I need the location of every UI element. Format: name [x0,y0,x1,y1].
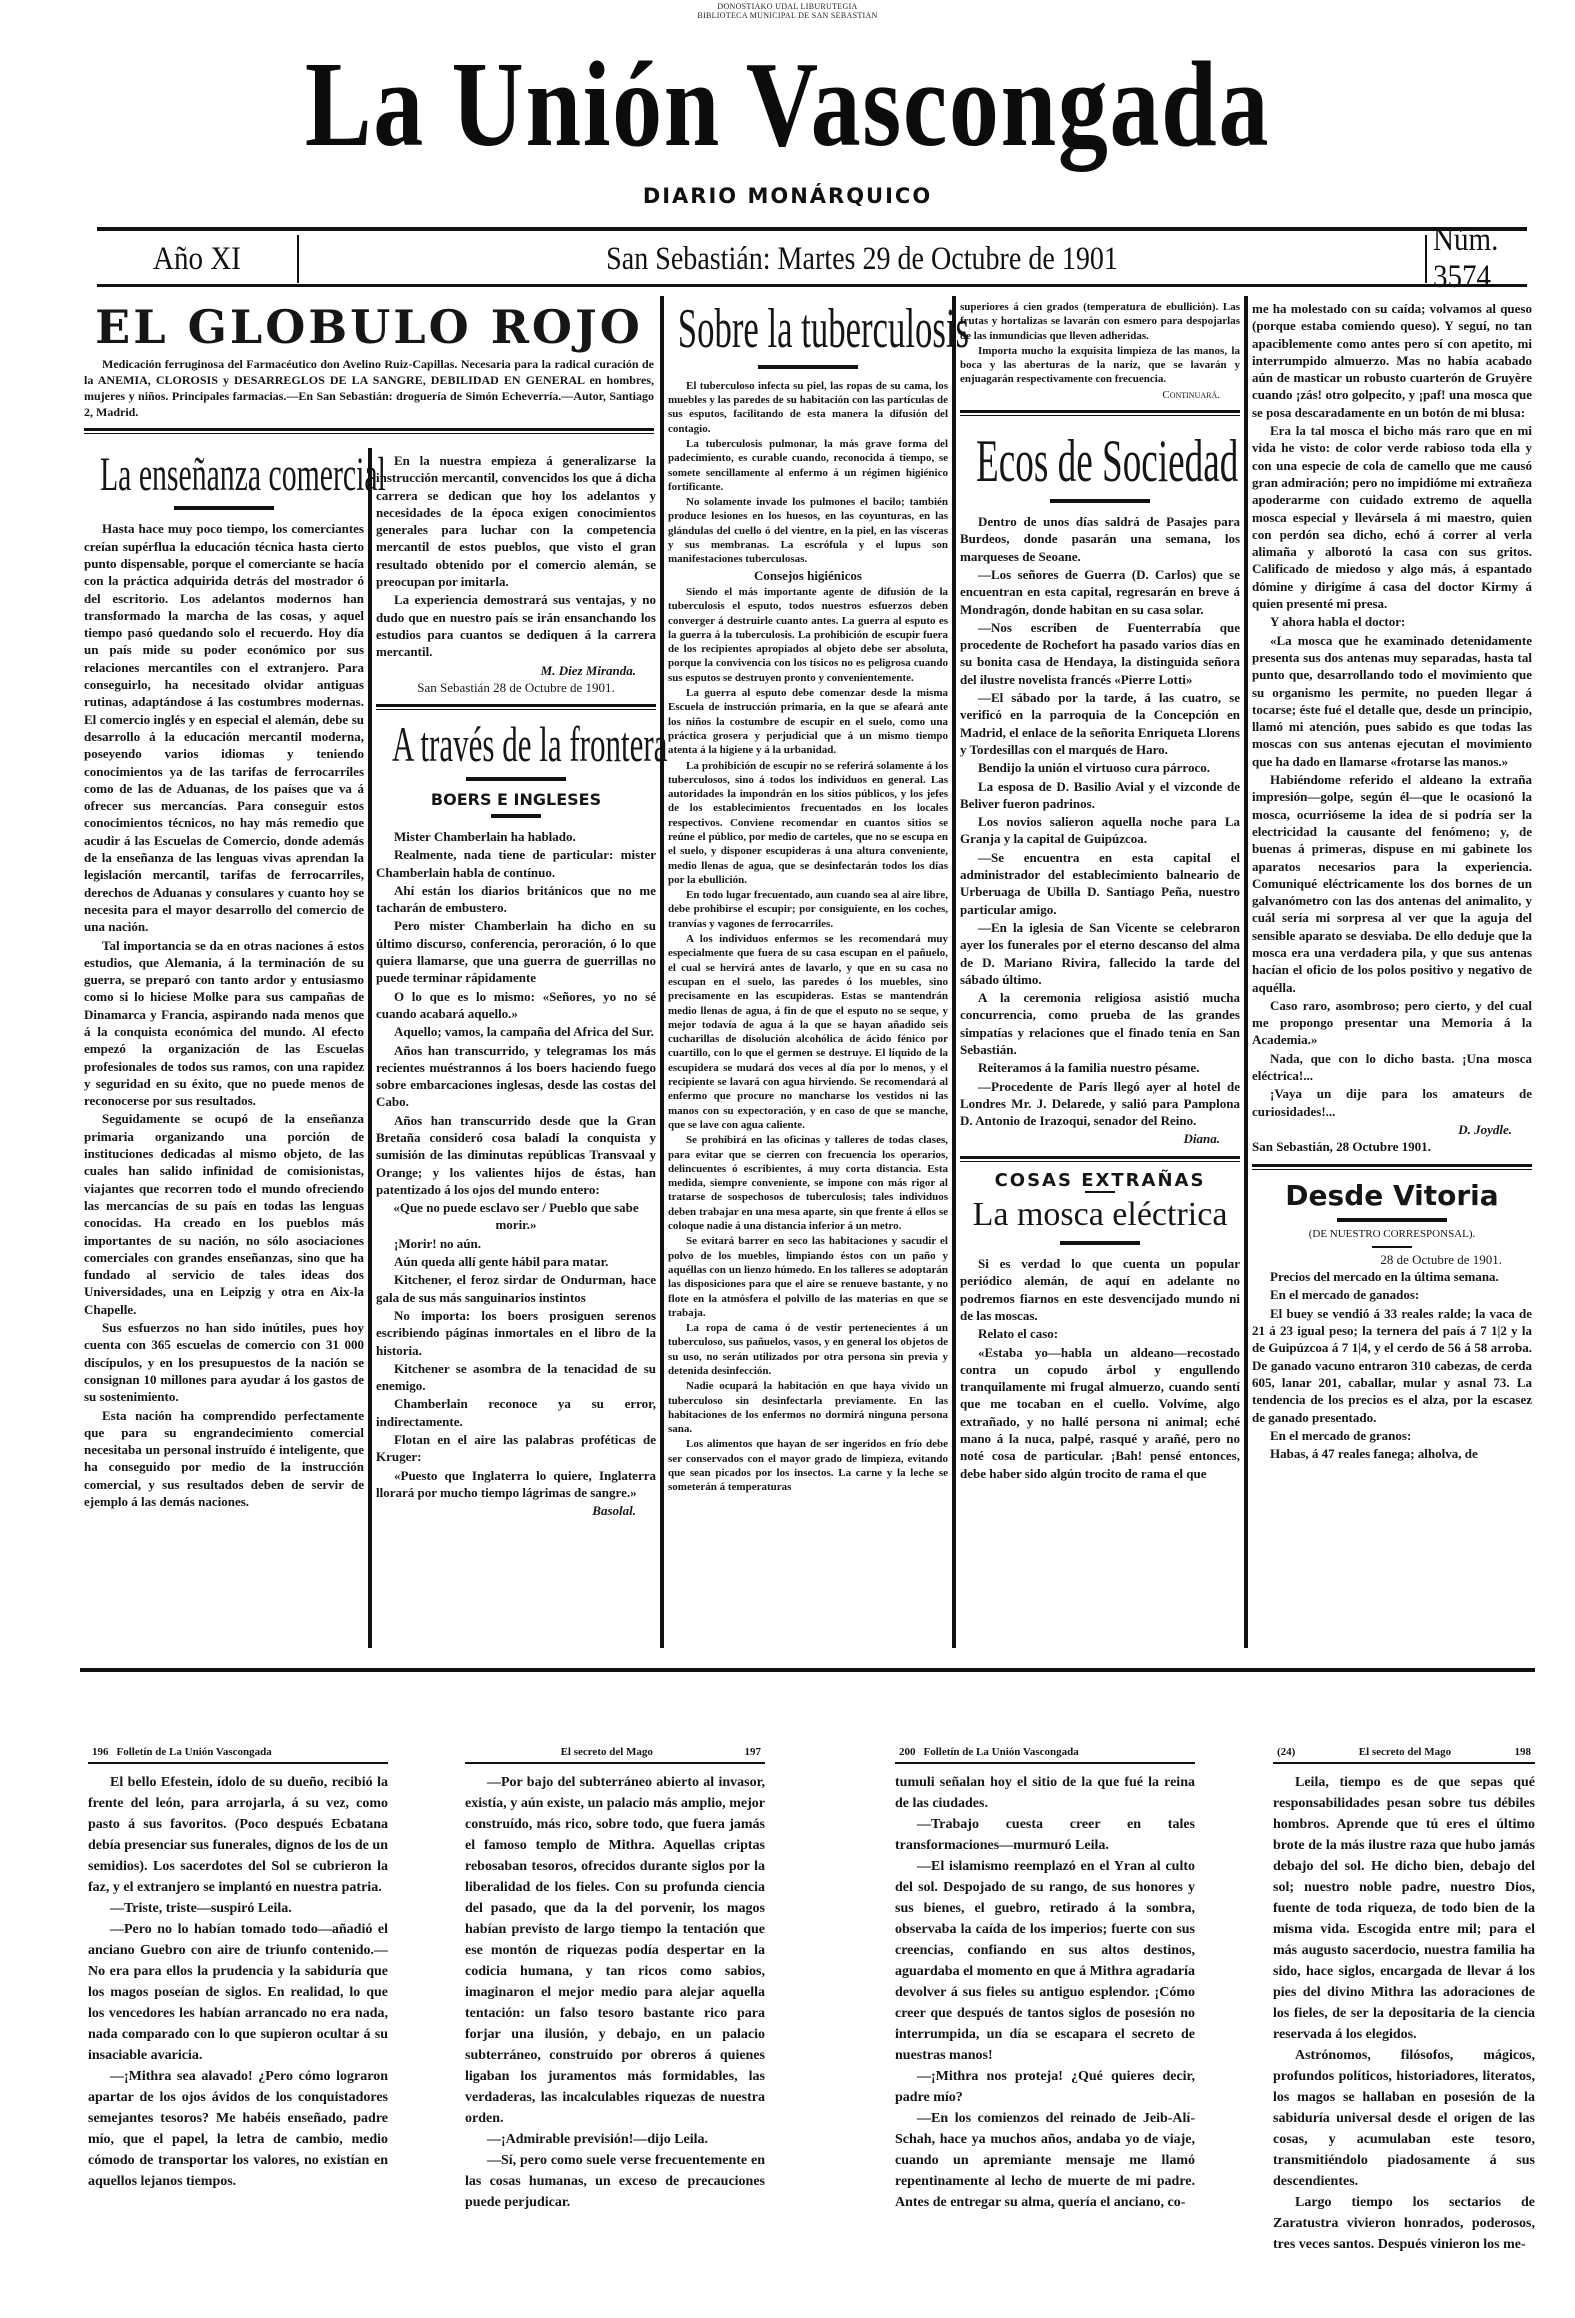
paragraph: Años han transcurrido desde que la Gran … [376,1112,656,1198]
paragraph: —Por bajo del subterráneo abierto al inv… [465,1772,765,2129]
verse: «Que no puede esclavo ser / Pueblo que s… [376,1199,656,1234]
divider [491,814,541,818]
paragraph: Precios del mercado en la última semana. [1252,1268,1532,1285]
paragraph: Ahí están los diarios británicos que no … [376,882,656,917]
paragraph: «La mosca que he examinado detenidamente… [1252,632,1532,770]
masthead-subtitle: DIARIO MONÁRQUICO [0,184,1575,208]
folletin-page-number: 200 [899,1745,916,1759]
paragraph: —El islamismo reemplazó en el Yran al cu… [895,1856,1195,2066]
paragraph: O lo que es lo mismo: «Señores, yo no sé… [376,988,656,1023]
article-date: 28 de Octubre de 1901. [1252,1251,1532,1268]
date-label: San Sebastián: Martes 29 de Octubre de 1… [297,235,1427,283]
dateline-note: San Sebastián 28 de Octubre de 1901. [376,679,656,696]
paragraph: Largo tiempo los sectarios de Zaratustra… [1273,2192,1535,2255]
folletin-page-number: 196 [92,1745,109,1759]
masthead-title: La Unión Vascongada [142,40,1434,170]
divider [758,365,858,369]
folletin-page-number: 198 [1515,1745,1532,1759]
paragraph: En todo lugar frecuentado, aun cuando se… [668,888,948,931]
column-rule [1244,296,1248,1648]
divider [960,1156,1240,1162]
paragraph: Bendijo la unión el virtuoso cura párroc… [960,759,1240,776]
paragraph: Astrónomos, filósofos, mágicos, profundo… [1273,2045,1535,2192]
signature: Basolal. [376,1502,656,1519]
paragraph: Seguidamente se ocupó de la enseñanza pr… [84,1110,364,1318]
paragraph: El buey se vendió á 33 reales ralde; la … [1252,1305,1532,1426]
paragraph: La tuberculosis pulmonar, la más grave f… [668,437,948,494]
divider [1252,1164,1532,1170]
divider [84,428,654,434]
column-4: superiores á cien grados (temperatura de… [960,300,1240,1483]
paragraph: Kitchener se asombra de la tenacidad de … [376,1360,656,1395]
paragraph: Dentro de unos días saldrá de Pasajes pa… [960,513,1240,565]
paragraph: —En los comienzos del reinado de Jeib-Al… [895,2108,1195,2213]
folletin-header: El secreto del Mago 197 [465,1745,765,1764]
folletin-header: 200 Folletín de La Unión Vascongada [895,1745,1195,1764]
paragraph: Tal importancia se da en otras naciones … [84,937,364,1110]
paragraph: —Trabajo cuesta creer en tales transform… [895,1814,1195,1856]
paragraph: Realmente, nada tiene de particular: mis… [376,846,656,881]
paragraph: —Se encuentra en esta capital el adminis… [960,849,1240,918]
paragraph: —Nos escriben de Fuenterrabía que proced… [960,619,1240,688]
column-rule [368,448,372,1648]
divider [1337,1218,1447,1222]
byline: (DE NUESTRO CORRESPONSAL). [1252,1226,1532,1243]
paragraph: Años han transcurrido, y telegramas los … [376,1042,656,1111]
paragraph: me ha molestado con su caída; volvamos a… [1252,300,1532,421]
folletin-page-200: 200 Folletín de La Unión Vascongada tumu… [895,1745,1195,2213]
column-5: me ha molestado con su caída; volvamos a… [1252,300,1532,1463]
paragraph: A los individuos enfermos se les recomen… [668,932,948,1132]
folletin-page-198: (24) El secreto del Mago 198 Leila, tiem… [1273,1745,1535,2255]
article-title-vitoria: Desde Vitoria [1252,1178,1532,1214]
archive-stamp: DONOSTIAKO UDAL LIBURUTEGIA BIBLIOTECA M… [0,2,1575,20]
paragraph: Pero mister Chamberlain ha dicho en su ú… [376,917,656,986]
paragraph: —Triste, triste—suspiró Leila. [88,1898,388,1919]
paragraph: —En la iglesia de San Vicente se celebra… [960,919,1240,988]
archive-stamp-line: BIBLIOTECA MUNICIPAL DE SAN SEBASTIAN [0,11,1575,20]
paragraph: —Procedente de París llegó ayer al hotel… [960,1078,1240,1130]
article-subtitle: BOERS E INGLESES [376,791,656,808]
paragraph: Siendo el más importante agente de difus… [668,585,948,685]
paragraph: En el mercado de granos: [1252,1427,1532,1444]
folletin-chapter: (24) [1277,1745,1295,1759]
paragraph: ¡Vaya un dije para los amateurs de curio… [1252,1085,1532,1120]
dateline-note: San Sebastián, 28 Octubre 1901. [1252,1138,1532,1155]
paragraph: Nadie ocupará la habitación en que haya … [668,1379,948,1436]
paragraph: ¡Morir! no aún. [376,1235,656,1252]
paragraph: El tuberculoso infecta su piel, las ropa… [668,379,948,436]
article-title-ecos: Ecos de Sociedad [976,430,1224,493]
article-title-ensenanza: La enseñanza comercial [100,450,348,500]
continued-label: Continuará. [960,388,1240,402]
divider [960,410,1240,416]
paragraph: Esta nación ha comprendido perfectamente… [84,1407,364,1511]
folletin-header-title: Folletín de La Unión Vascongada [109,1745,385,1759]
paragraph: La ropa de cama ó de vestir pertenecient… [668,1321,948,1378]
paragraph: La esposa de D. Basilio Avial y el vizco… [960,778,1240,813]
paragraph: Y ahora habla el doctor: [1252,613,1532,630]
advert-block: EL GLOBULO ROJO Medicación ferruginosa d… [84,298,654,442]
paragraph: «Puesto que Inglaterra lo quiere, Inglat… [376,1467,656,1502]
paragraph: Aún queda allí gente hábil para matar. [376,1253,656,1270]
paragraph: Leila, tiempo es de que sepas qué respon… [1273,1772,1535,2045]
issue-number: Núm. 3574 [1433,235,1521,283]
folletin-header-title: Folletín de La Unión Vascongada [916,1745,1192,1759]
subheading: Consejos higiénicos [668,569,948,583]
paragraph: Los alimentos que hayan de ser ingeridos… [668,1437,948,1494]
advert-text: Medicación ferruginosa del Farmacéutico … [84,356,654,420]
paragraph: Si es verdad lo que cuenta un popular pe… [960,1255,1240,1324]
paragraph: Habas, á 47 reales fanega; alholva, de [1252,1445,1532,1462]
folletin-page-number: 197 [745,1745,762,1759]
paragraph: Relato el caso: [960,1325,1240,1342]
paragraph: El bello Efestein, ídolo de su dueño, re… [88,1772,388,1898]
paragraph: Era la tal mosca el bicho más raro que e… [1252,422,1532,612]
dateline-bar: Año XI San Sebastián: Martes 29 de Octub… [97,227,1527,287]
divider [174,506,274,510]
paragraph: Se prohibirá en las oficinas y talleres … [668,1133,948,1233]
paragraph: Hasta hace muy poco tiempo, los comercia… [84,520,364,935]
paragraph: —El sábado por la tarde, á las cuatro, s… [960,689,1240,758]
paragraph: En el mercado de ganados: [1252,1286,1532,1303]
paragraph: tumuli señalan hoy el sitio de la que fu… [895,1772,1195,1814]
paragraph: Sus esfuerzos no han sido inútiles, pues… [84,1319,364,1405]
paragraph: —¡Admirable previsión!—dijo Leila. [465,2129,765,2150]
paragraph: —Pero no lo habían tomado todo—añadió el… [88,1919,388,2066]
paragraph: A la ceremonia religiosa asistió mucha c… [960,989,1240,1058]
paragraph: —¡Mithra nos proteja! ¿Qué quieres decir… [895,2066,1195,2108]
paragraph: —Sí, pero como suele verse frecuentement… [465,2150,765,2213]
paragraph: Mister Chamberlain ha hablado. [376,828,656,845]
paragraph: La guerra al esputo debe comenzar desde … [668,686,948,757]
paragraph: Flotan en el aire las palabras profética… [376,1431,656,1466]
paragraph: No solamente invade los pulmones el baci… [668,495,948,566]
signature: Diana. [960,1130,1240,1147]
paragraph: Se evitará barrer en seco las habitacion… [668,1234,948,1320]
divider [376,704,656,710]
folletin-header: 196 Folletín de La Unión Vascongada [88,1745,388,1764]
paragraph: La prohibición de escupir no se referirá… [668,759,948,888]
archive-stamp-line: DONOSTIAKO UDAL LIBURUTEGIA [0,2,1575,11]
folletin-header-title: El secreto del Mago [1295,1745,1514,1759]
paragraph: Caso raro, asombroso; pero cierto, y del… [1252,997,1532,1049]
divider [1060,1241,1140,1245]
paragraph: «Estaba yo—habla un aldeano—recostado co… [960,1344,1240,1482]
article-title-mosca: La mosca eléctrica [960,1195,1240,1235]
divider [1050,499,1150,503]
paragraph: —¡Mithra sea alavado! ¿Pero cómo lograro… [88,2066,388,2192]
paragraph: Habiéndome referido el aldeano la extrañ… [1252,771,1532,996]
column-1: La enseñanza comercial Hasta hace muy po… [84,450,364,1511]
signature: D. Joydle. [1252,1121,1532,1138]
paragraph: superiores á cien grados (temperatura de… [960,300,1240,343]
paragraph: —Los señores de Guerra (D. Carlos) que s… [960,566,1240,618]
divider [466,777,566,781]
paragraph: La experiencia demostrará sus ventajas, … [376,591,656,660]
column-3: Sobre la tuberculosis El tuberculoso inf… [668,300,948,1496]
divider [1372,1246,1412,1248]
article-title-tuberculosis: Sobre la tuberculosis [678,300,938,359]
paragraph: Aquello; vamos, la campaña del Africa de… [376,1023,656,1040]
folletin-header-title: El secreto del Mago [469,1745,745,1759]
divider [1085,1191,1115,1193]
year-label: Año XI [109,235,285,283]
column-2: En la nuestra empieza á generalizarse la… [376,452,656,1520]
paragraph: Reiteramos á la familia nuestro pésame. [960,1059,1240,1076]
signature: M. Diez Miranda. [376,662,656,679]
column-rule [952,296,956,1648]
folletin-page-196: 196 Folletín de La Unión Vascongada El b… [88,1745,388,2192]
paragraph: Chamberlain reconoce ya su error, indire… [376,1395,656,1430]
paragraph: Kitchener, el feroz sirdar de Ondurman, … [376,1271,656,1306]
folletin-page-197: El secreto del Mago 197 —Por bajo del su… [465,1745,765,2213]
article-title-frontera: A través de la frontera [392,718,640,771]
advert-paragraph: Medicación ferruginosa del Farmacéutico … [84,356,654,420]
folletin-header: (24) El secreto del Mago 198 [1273,1745,1535,1764]
paragraph: Importa mucho la exquisita limpieza de l… [960,344,1240,387]
page-bottom-rule [80,1668,1535,1672]
advert-title: EL GLOBULO ROJO [84,298,654,356]
paragraph: En la nuestra empieza á generalizarse la… [376,452,656,590]
paragraph: No importa: los boers prosiguen serenos … [376,1307,656,1359]
paragraph: Nada, que con lo dicho basta. ¡Una mosca… [1252,1050,1532,1085]
column-rule [660,296,664,1648]
paragraph: Los novios salieron aquella noche para L… [960,813,1240,848]
article-kicker: COSAS EXTRAÑAS [960,1172,1240,1189]
date-text: San Sebastián: Martes 29 de Octubre de 1… [606,241,1118,278]
